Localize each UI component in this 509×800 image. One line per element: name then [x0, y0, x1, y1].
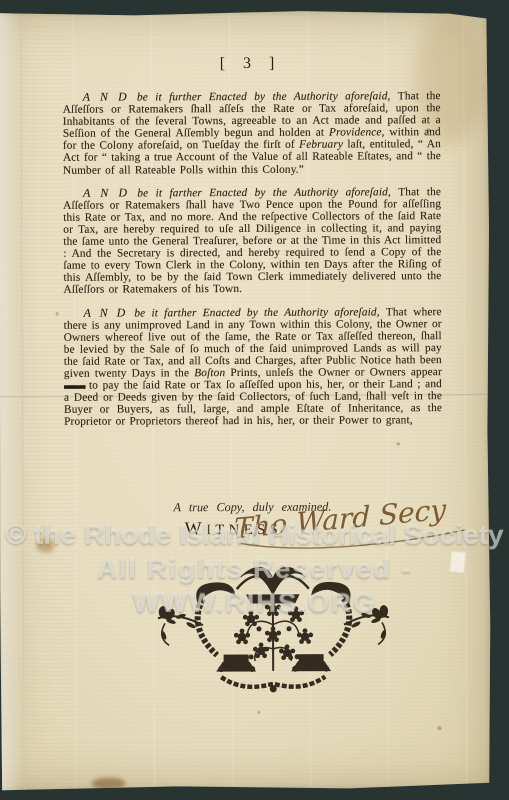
text-segment: February: [299, 139, 343, 151]
paragraph-2: A N D be it farther Enacted by the Autho…: [63, 185, 441, 296]
stain: [37, 538, 55, 553]
text-segment: be it further Enacted by the Authority a…: [137, 90, 398, 103]
paragraph-3: A N D be it farther Enacted by the Autho…: [64, 305, 443, 429]
document-page: [ 3 ] A N D be it further Enacted by the…: [0, 10, 492, 791]
foxing-spot: [56, 312, 59, 316]
text-segment: be it farther Enacted by the Authority a…: [137, 186, 398, 199]
text-segment: be it farther Enacted by the Authority a…: [134, 306, 386, 319]
signature-flourish: [237, 526, 467, 555]
redacted-word: ▬▬: [64, 380, 85, 392]
text-segment: Boſton: [194, 367, 225, 379]
photo-background: [ 3 ] A N D be it further Enacted by the…: [0, 0, 509, 800]
text-segment: A N D: [83, 89, 137, 103]
foxing-spot: [257, 711, 260, 714]
text-segment: That the Aſſeſſors or Ratemakers ſhall h…: [63, 186, 441, 296]
text-segment: Prints, unleſs the Owner or Owners appea…: [225, 366, 442, 379]
repair-tape: [450, 551, 466, 572]
text-block: A N D be it further Enacted by the Autho…: [63, 89, 443, 438]
foxing-spot: [396, 442, 400, 445]
foxing-spot: [437, 726, 441, 730]
text-segment: A N D: [83, 185, 137, 199]
text-segment: A N D: [84, 305, 135, 319]
floral-woodcut-tailpiece-icon: [151, 564, 397, 693]
paragraph-1: A N D be it further Enacted by the Autho…: [63, 89, 441, 176]
stain: [92, 778, 126, 790]
binding-edge: [0, 12, 25, 791]
text-segment: Providence: [329, 127, 382, 139]
page-number: [ 3 ]: [62, 54, 438, 74]
text-segment: to pay the ſaid Rate or Tax ſo aſſeſſed …: [64, 378, 442, 428]
